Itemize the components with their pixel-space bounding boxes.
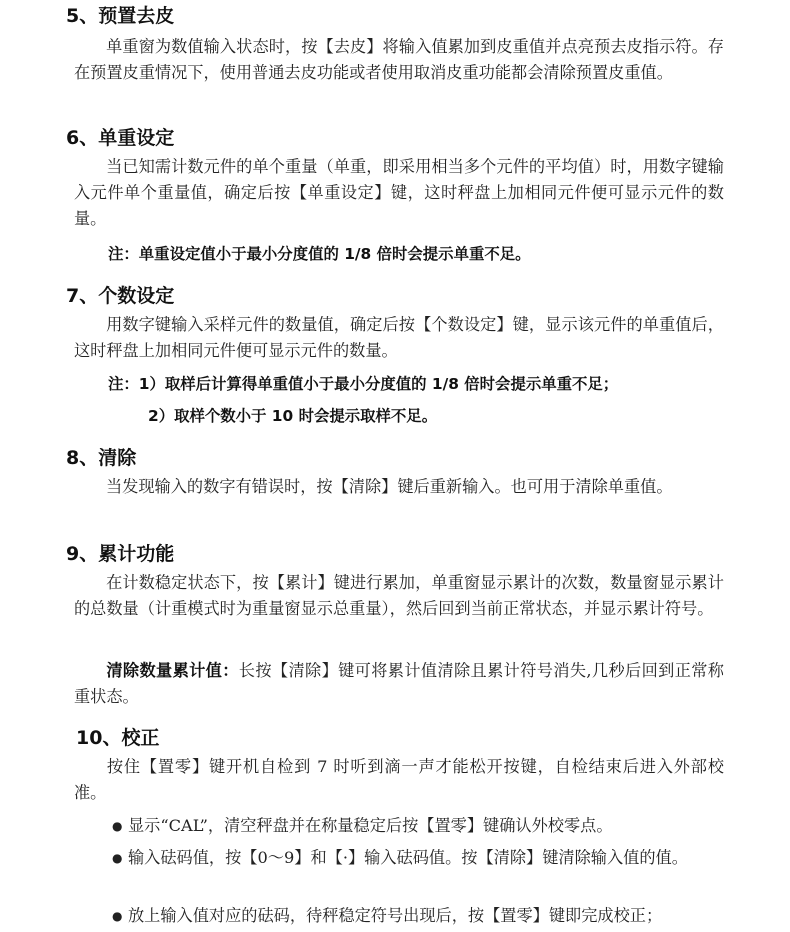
bullet-icon: ● — [112, 813, 128, 839]
section-8-paragraph: 当发现输入的数字有错误时，按【清除】键后重新输入。也可用于清除单重值。 — [74, 474, 724, 500]
calibration-step-2: ●输入砝码值，按【0～9】和【·】输入砝码值。按【清除】键清除输入值的值。 — [112, 845, 728, 871]
section-heading-8: 8、清除 — [66, 446, 136, 470]
section-6-note: 注：单重设定值小于最小分度值的 1/8 倍时会提示单重不足。 — [108, 242, 531, 266]
manual-page: 5、预置去皮 单重窗为数值输入状态时，按【去皮】将输入值累加到皮重值并点亮预去皮… — [0, 0, 790, 932]
section-7-note-2: 2）取样个数小于 10 时会提示取样不足。 — [148, 404, 437, 428]
clear-accumulation-label: 清除数量累计值： — [106, 661, 239, 680]
section-heading-7: 7、个数设定 — [66, 284, 174, 308]
section-9-paragraph: 在计数稳定状态下，按【累计】键进行累加，单重窗显示累计的次数，数量窗显示累计的总… — [74, 570, 724, 622]
section-6-paragraph: 当已知需计数元件的单个重量（单重，即采用相当多个元件的平均值）时，用数字键输入元… — [74, 154, 724, 232]
section-heading-10: 10、校正 — [76, 726, 159, 750]
section-5-paragraph: 单重窗为数值输入状态时，按【去皮】将输入值累加到皮重值并点亮预去皮指示符。存在预… — [74, 34, 724, 86]
section-10-paragraph: 按住【置零】键开机自检到 7 时听到滴一声才能松开按键，自检结束后进入外部校准。 — [74, 754, 724, 806]
bullet-icon: ● — [112, 845, 128, 871]
section-heading-5: 5、预置去皮 — [66, 4, 174, 28]
section-7-paragraph: 用数字键输入采样元件的数量值，确定后按【个数设定】键，显示该元件的单重值后，这时… — [74, 312, 724, 364]
section-9-clear-accumulation: 清除数量累计值：长按【清除】键可将累计值清除且累计符号消失,几秒后回到正常称重状… — [74, 658, 724, 710]
calibration-step-3: ●放上输入值对应的砝码，待秤稳定符号出现后，按【置零】键即完成校正； — [112, 903, 728, 929]
bullet-icon: ● — [112, 903, 128, 929]
section-heading-9: 9、累计功能 — [66, 542, 174, 566]
section-heading-6: 6、单重设定 — [66, 126, 174, 150]
calibration-step-1: ●显示“CAL”，清空秤盘并在称量稳定后按【置零】键确认外校零点。 — [112, 813, 728, 839]
section-7-note-1: 注：1）取样后计算得单重值小于最小分度值的 1/8 倍时会提示单重不足； — [108, 372, 618, 396]
